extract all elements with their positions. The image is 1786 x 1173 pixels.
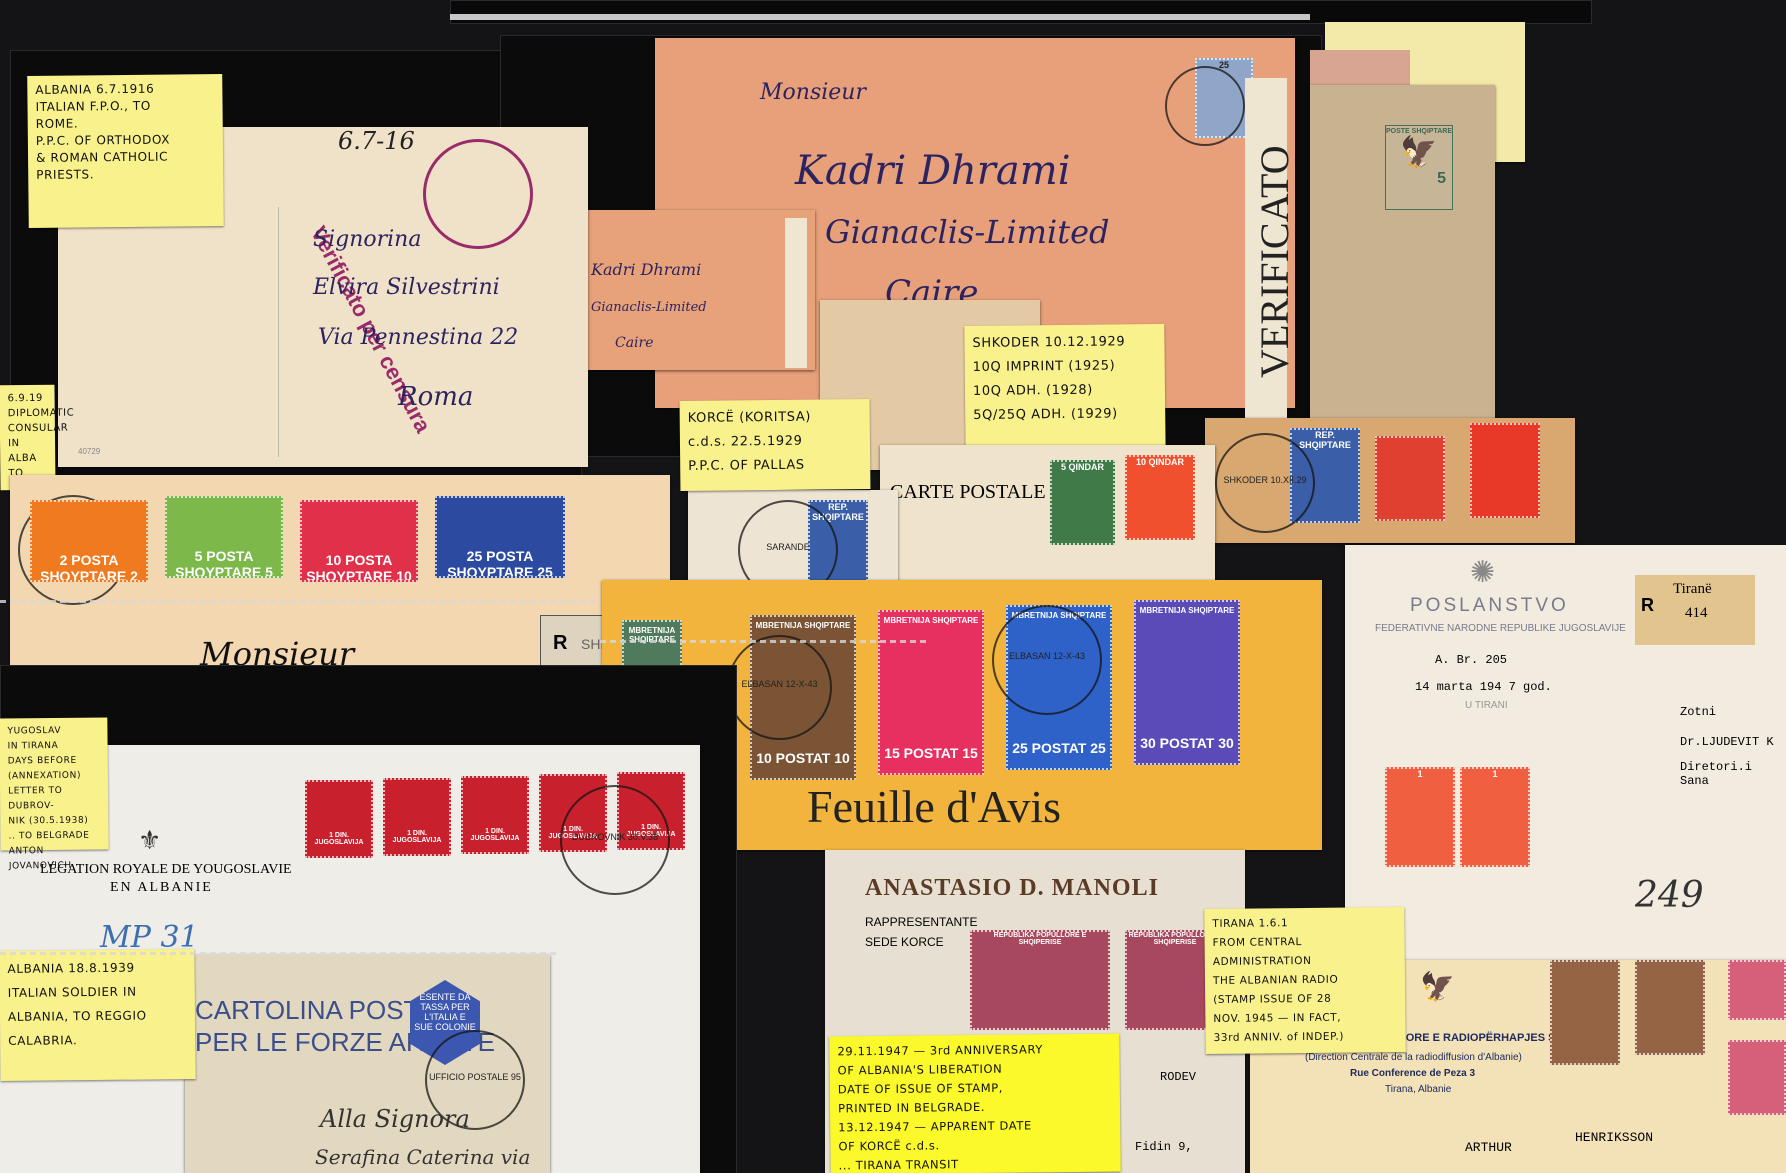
eagle-emblem-icon: 🦅 (1420, 970, 1455, 1003)
sticky-note-shkoder-1929: SHKODER 10.12.1929 10Q IMPRINT (1925) 10… (964, 324, 1165, 461)
registration-label: R Tiranë 414 (1635, 575, 1755, 645)
eagle-stamp: POSTE SHQIPTARE 🦅 5 (1385, 125, 1453, 210)
sticky-note-albania-1916: ALBANIA 6.7.1916 ITALIAN F.P.O., TO ROME… (27, 74, 224, 228)
stamp: 25 POSTA SHQYPTARE 25 (435, 496, 565, 578)
censor-tape-small (785, 218, 807, 368)
sticky-note-liberation-1947: 29.11.1947 — 3rd ANNIVERSARY OF ALBANIA'… (829, 1033, 1120, 1173)
shkoder-piece: REP. SHQIPTARE SHKODER 10.XII.29 (1205, 418, 1575, 543)
addressee-name: Kadri Dhrami (795, 148, 1071, 194)
stamp: 1 DIN.JUGOSLAVIJA (383, 778, 451, 856)
sticky-note-yugoslav: YUGOSLAV IN TIRANA DAYS BEFORE (ANNEXATI… (0, 717, 109, 850)
stamp: 2 POSTA SHQYPTARE 2 (30, 500, 148, 582)
addressee-company: Gianaclis-Limited (825, 213, 1110, 251)
sticky-note-albania-1939: ALBANIA 18.8.1939 ITALIAN SOLDIER IN ALB… (0, 949, 196, 1081)
tirana-registered-cover: ✺ POSLANSTVO FEDERATIVNE NARODNE REPUBLI… (1345, 545, 1786, 965)
stamp: MBRETNIJA SHQIPTARE30 POSTAT 30 (1134, 600, 1240, 765)
stamp: 10 POSTA SHQYPTARE 10 (300, 500, 418, 582)
sticky-note-tirana-radio: TIRANA 1.6.1 FROM CENTRAL ADMINISTRATION… (1204, 907, 1406, 1054)
stamp: 1 DIN.JUGOSLAVIJA (461, 776, 529, 854)
stamp: 5 POSTA SHQYPTARE 5 (165, 496, 283, 578)
sticky-note-korce-1929: KORCË (KORITSA) c.d.s. 22.5.1929 P.P.C. … (680, 399, 871, 491)
cairo-cover-small: Kadri Dhrami Gianaclis-Limited Caire (585, 210, 815, 370)
eagle-icon: 🦅 (1386, 135, 1452, 170)
censor-tape: VERIFICATO (1245, 78, 1287, 438)
postmark (1165, 66, 1245, 146)
mount-strip (600, 640, 930, 643)
top-glare (450, 14, 1310, 20)
salutation: Monsieur (760, 80, 866, 105)
military-card: CARTOLINA POSTALE PER LE FORZE ARMATE ES… (185, 955, 550, 1173)
stamp: 1 DIN.JUGOSLAVIJA (305, 780, 373, 858)
newspaper-wrapper: POSTE SHQIPTARE 🦅 5 (1310, 85, 1495, 430)
artillery-seal (423, 139, 533, 249)
postcard-date: 6.7-16 (338, 127, 415, 155)
mount-strip (0, 952, 560, 955)
emblem-icon: ✺ (1470, 555, 1495, 590)
stamp: MBRETNIJA SHQIPTARE15 POSTAT 15 (878, 610, 984, 775)
coat-of-arms-icon: ⚜ (138, 825, 161, 856)
divider-line (278, 207, 279, 457)
mount-strip (0, 600, 600, 603)
feuille-title: Feuille d'Avis (807, 780, 1061, 833)
album-sheet-top (450, 0, 1592, 24)
